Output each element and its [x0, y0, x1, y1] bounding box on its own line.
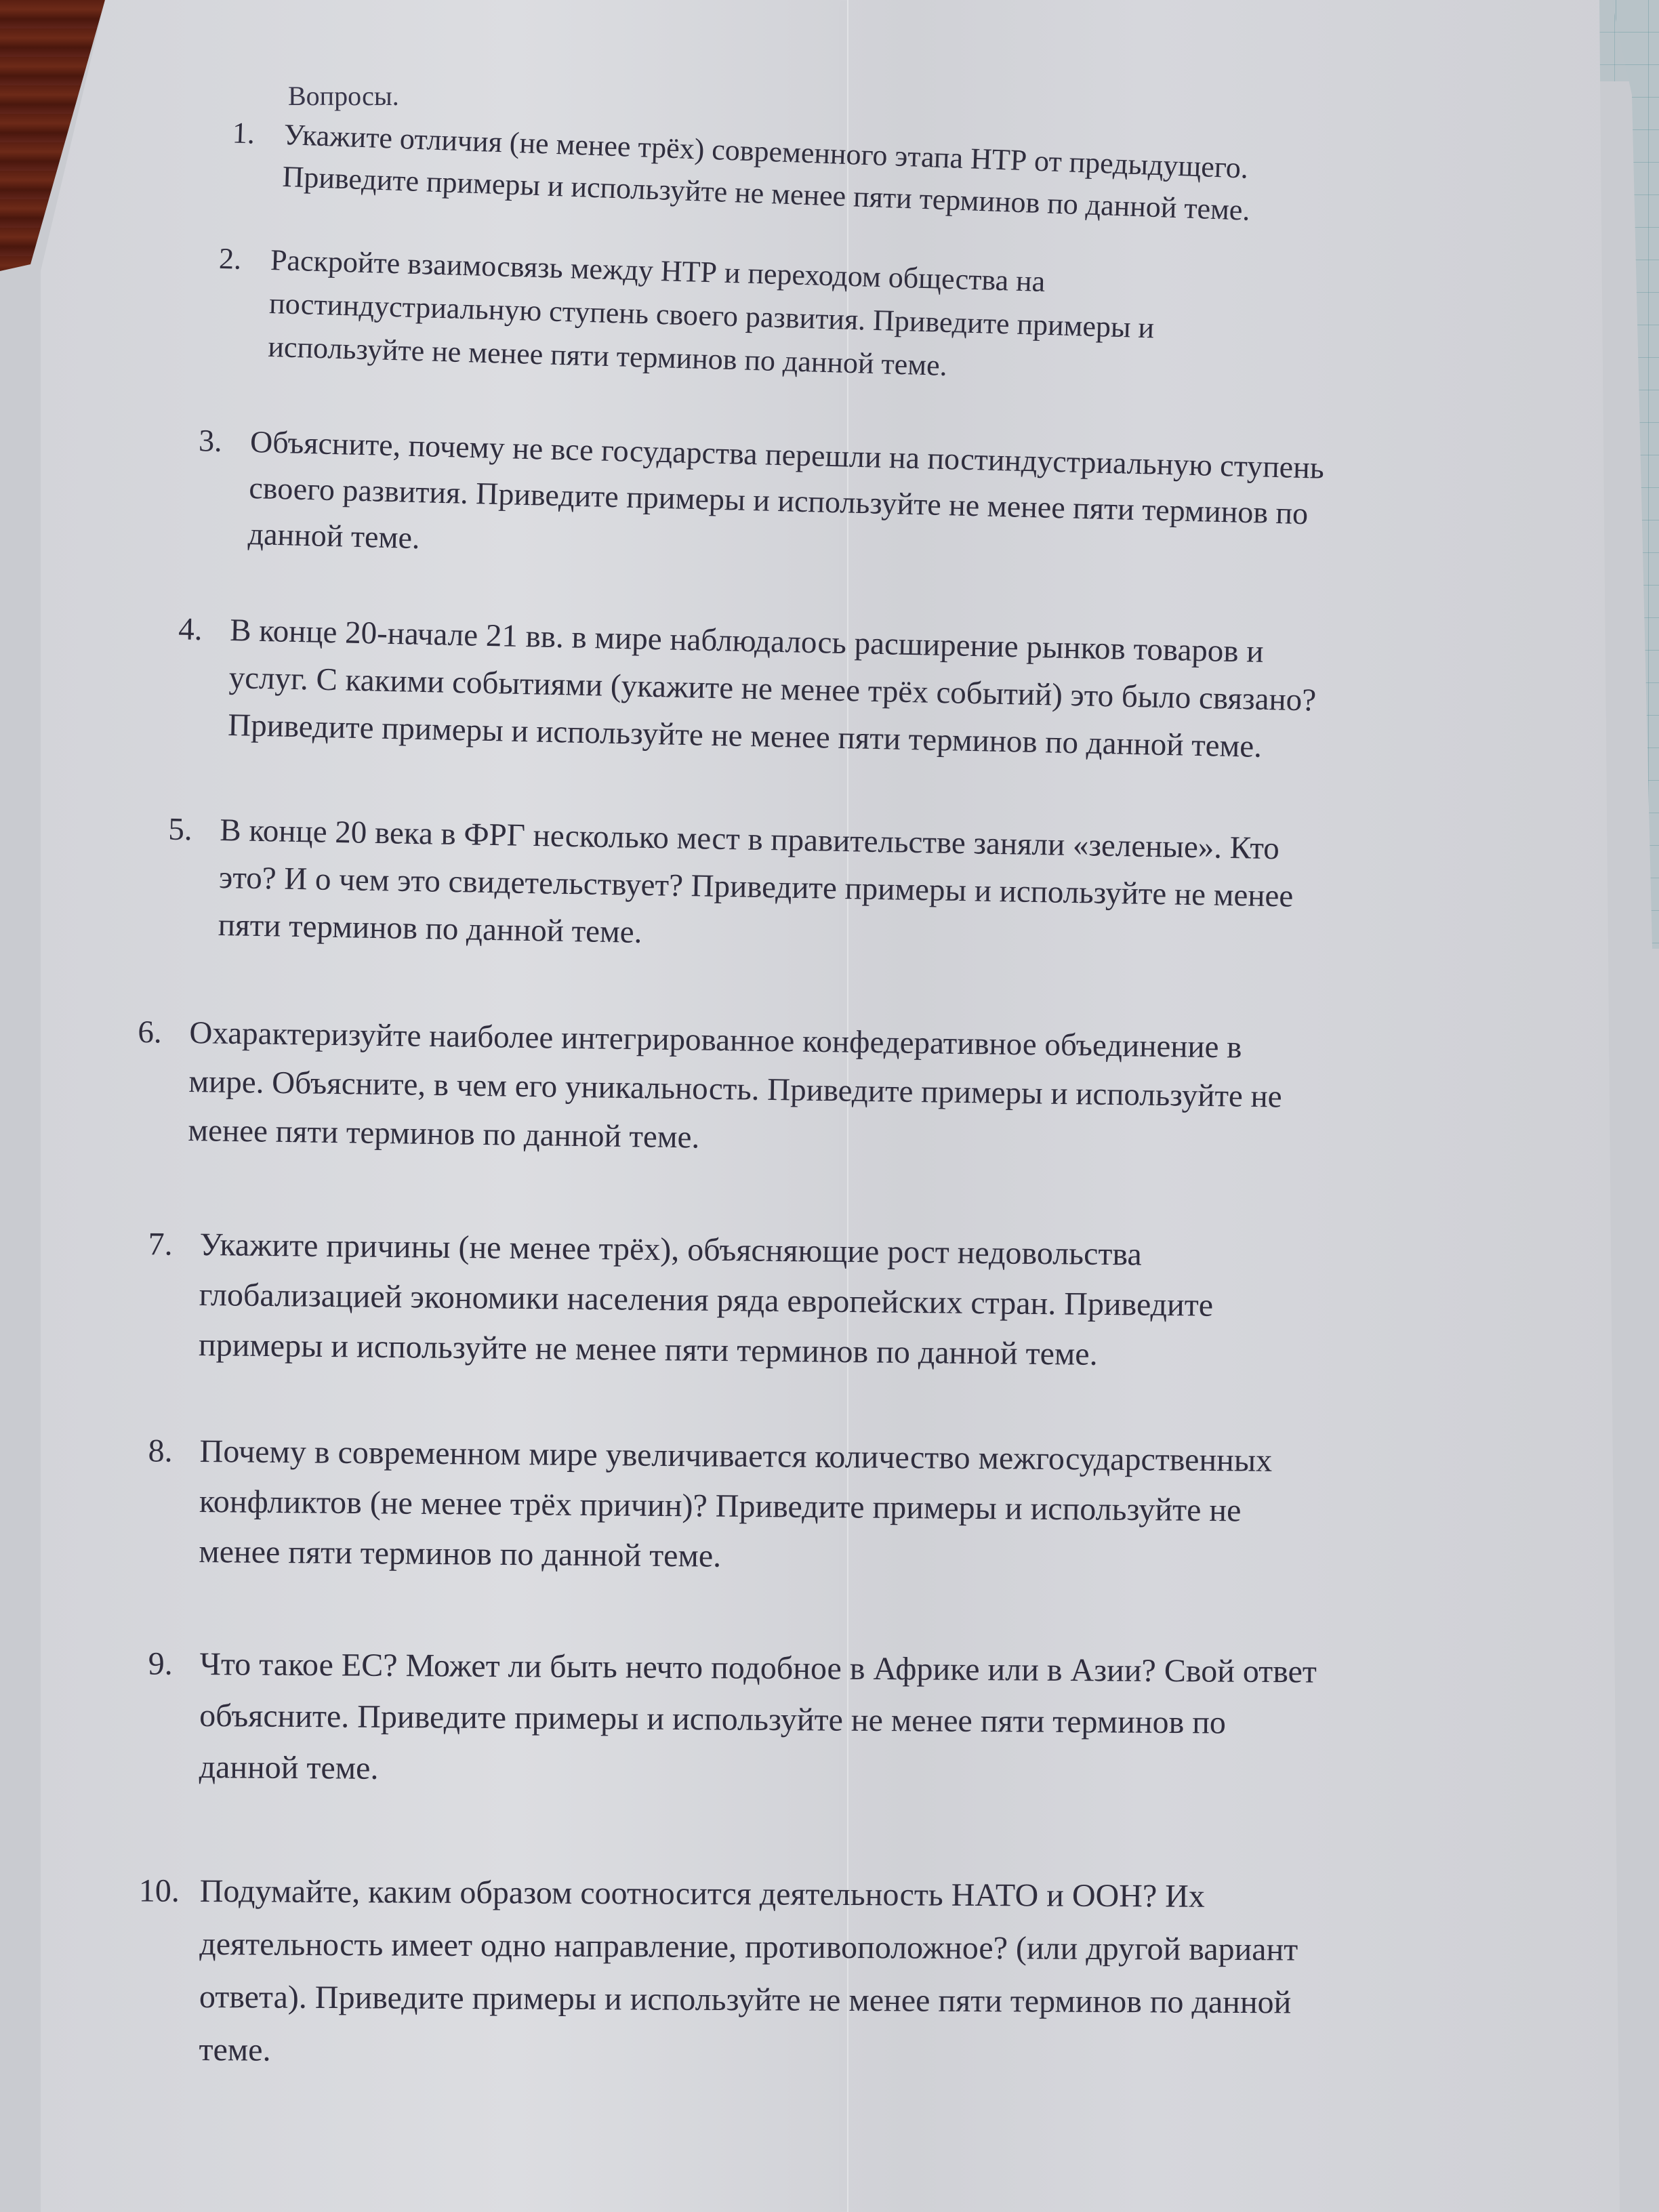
question-number: 3.: [198, 417, 222, 464]
question-line: Что такое ЕС? Может ли быть нечто подобн…: [199, 1639, 1595, 1700]
document-heading: Вопросы.: [288, 80, 399, 112]
document-content: Вопросы. 1. Укажите отличия (не менее тр…: [0, 0, 1659, 2212]
question-text: Охарактеризуйте наиболее интегрированное…: [188, 1008, 1613, 1174]
question-number: 2.: [218, 237, 242, 281]
question-line: деятельность имеет одно направление, про…: [199, 1918, 1595, 1978]
question-number: 9.: [148, 1638, 173, 1689]
question-number: 4.: [178, 605, 203, 653]
question-text: Укажите причины (не менее трёх), объясня…: [199, 1220, 1501, 1384]
question-text: Объясните, почему не все государства пер…: [247, 419, 1558, 589]
question-line: теме.: [199, 2024, 1595, 2084]
question-number: 6.: [138, 1008, 162, 1057]
question-item-7: 7. Укажите причины (не менее трёх), объя…: [199, 1220, 1501, 1384]
question-line: Подумайте, каким образом соотносится дея…: [200, 1865, 1596, 1925]
question-number: 10.: [139, 1865, 180, 1918]
question-text: В конце 20-начале 21 вв. в мире наблюдал…: [228, 607, 1572, 777]
question-text: Что такое ЕС? Может ли быть нечто подобн…: [199, 1639, 1596, 1803]
question-item-2: 2. Раскройте взаимосвязь между НТР и пер…: [268, 239, 1423, 401]
question-text: Раскройте взаимосвязь между НТР и перехо…: [268, 239, 1423, 401]
question-text: Укажите отличия (не менее трёх) современ…: [282, 114, 1456, 239]
question-line: данной теме.: [199, 1742, 1595, 1803]
question-item-4: 4. В конце 20-начале 21 вв. в мире наблю…: [228, 607, 1572, 777]
question-line: объясните. Приведите примеры и используй…: [199, 1690, 1595, 1751]
question-item-3: 3. Объясните, почему не все государства …: [247, 419, 1558, 589]
question-item-9: 9. Что такое ЕС? Может ли быть нечто под…: [199, 1639, 1596, 1803]
question-text: Почему в современном мире увеличивается …: [199, 1427, 1555, 1589]
question-item-1: 1. Укажите отличия (не менее трёх) совре…: [282, 114, 1456, 239]
question-number: 5.: [168, 806, 192, 854]
question-number: 7.: [148, 1219, 173, 1269]
question-item-5: 5. В конце 20 века в ФРГ несколько мест …: [218, 806, 1575, 972]
question-item-6: 6. Охарактеризуйте наиболее интегрирован…: [188, 1008, 1613, 1174]
question-number: 1.: [232, 112, 255, 155]
question-line: ответа). Приведите примеры и используйте…: [199, 1971, 1595, 2031]
question-number: 8.: [148, 1426, 173, 1476]
question-text: В конце 20 века в ФРГ несколько мест в п…: [218, 806, 1575, 972]
question-text: Подумайте, каким образом соотносится дея…: [199, 1865, 1596, 2084]
question-item-10: 10. Подумайте, каким образом соотносится…: [199, 1865, 1596, 2084]
question-item-8: 8. Почему в современном мире увеличивает…: [199, 1427, 1555, 1589]
